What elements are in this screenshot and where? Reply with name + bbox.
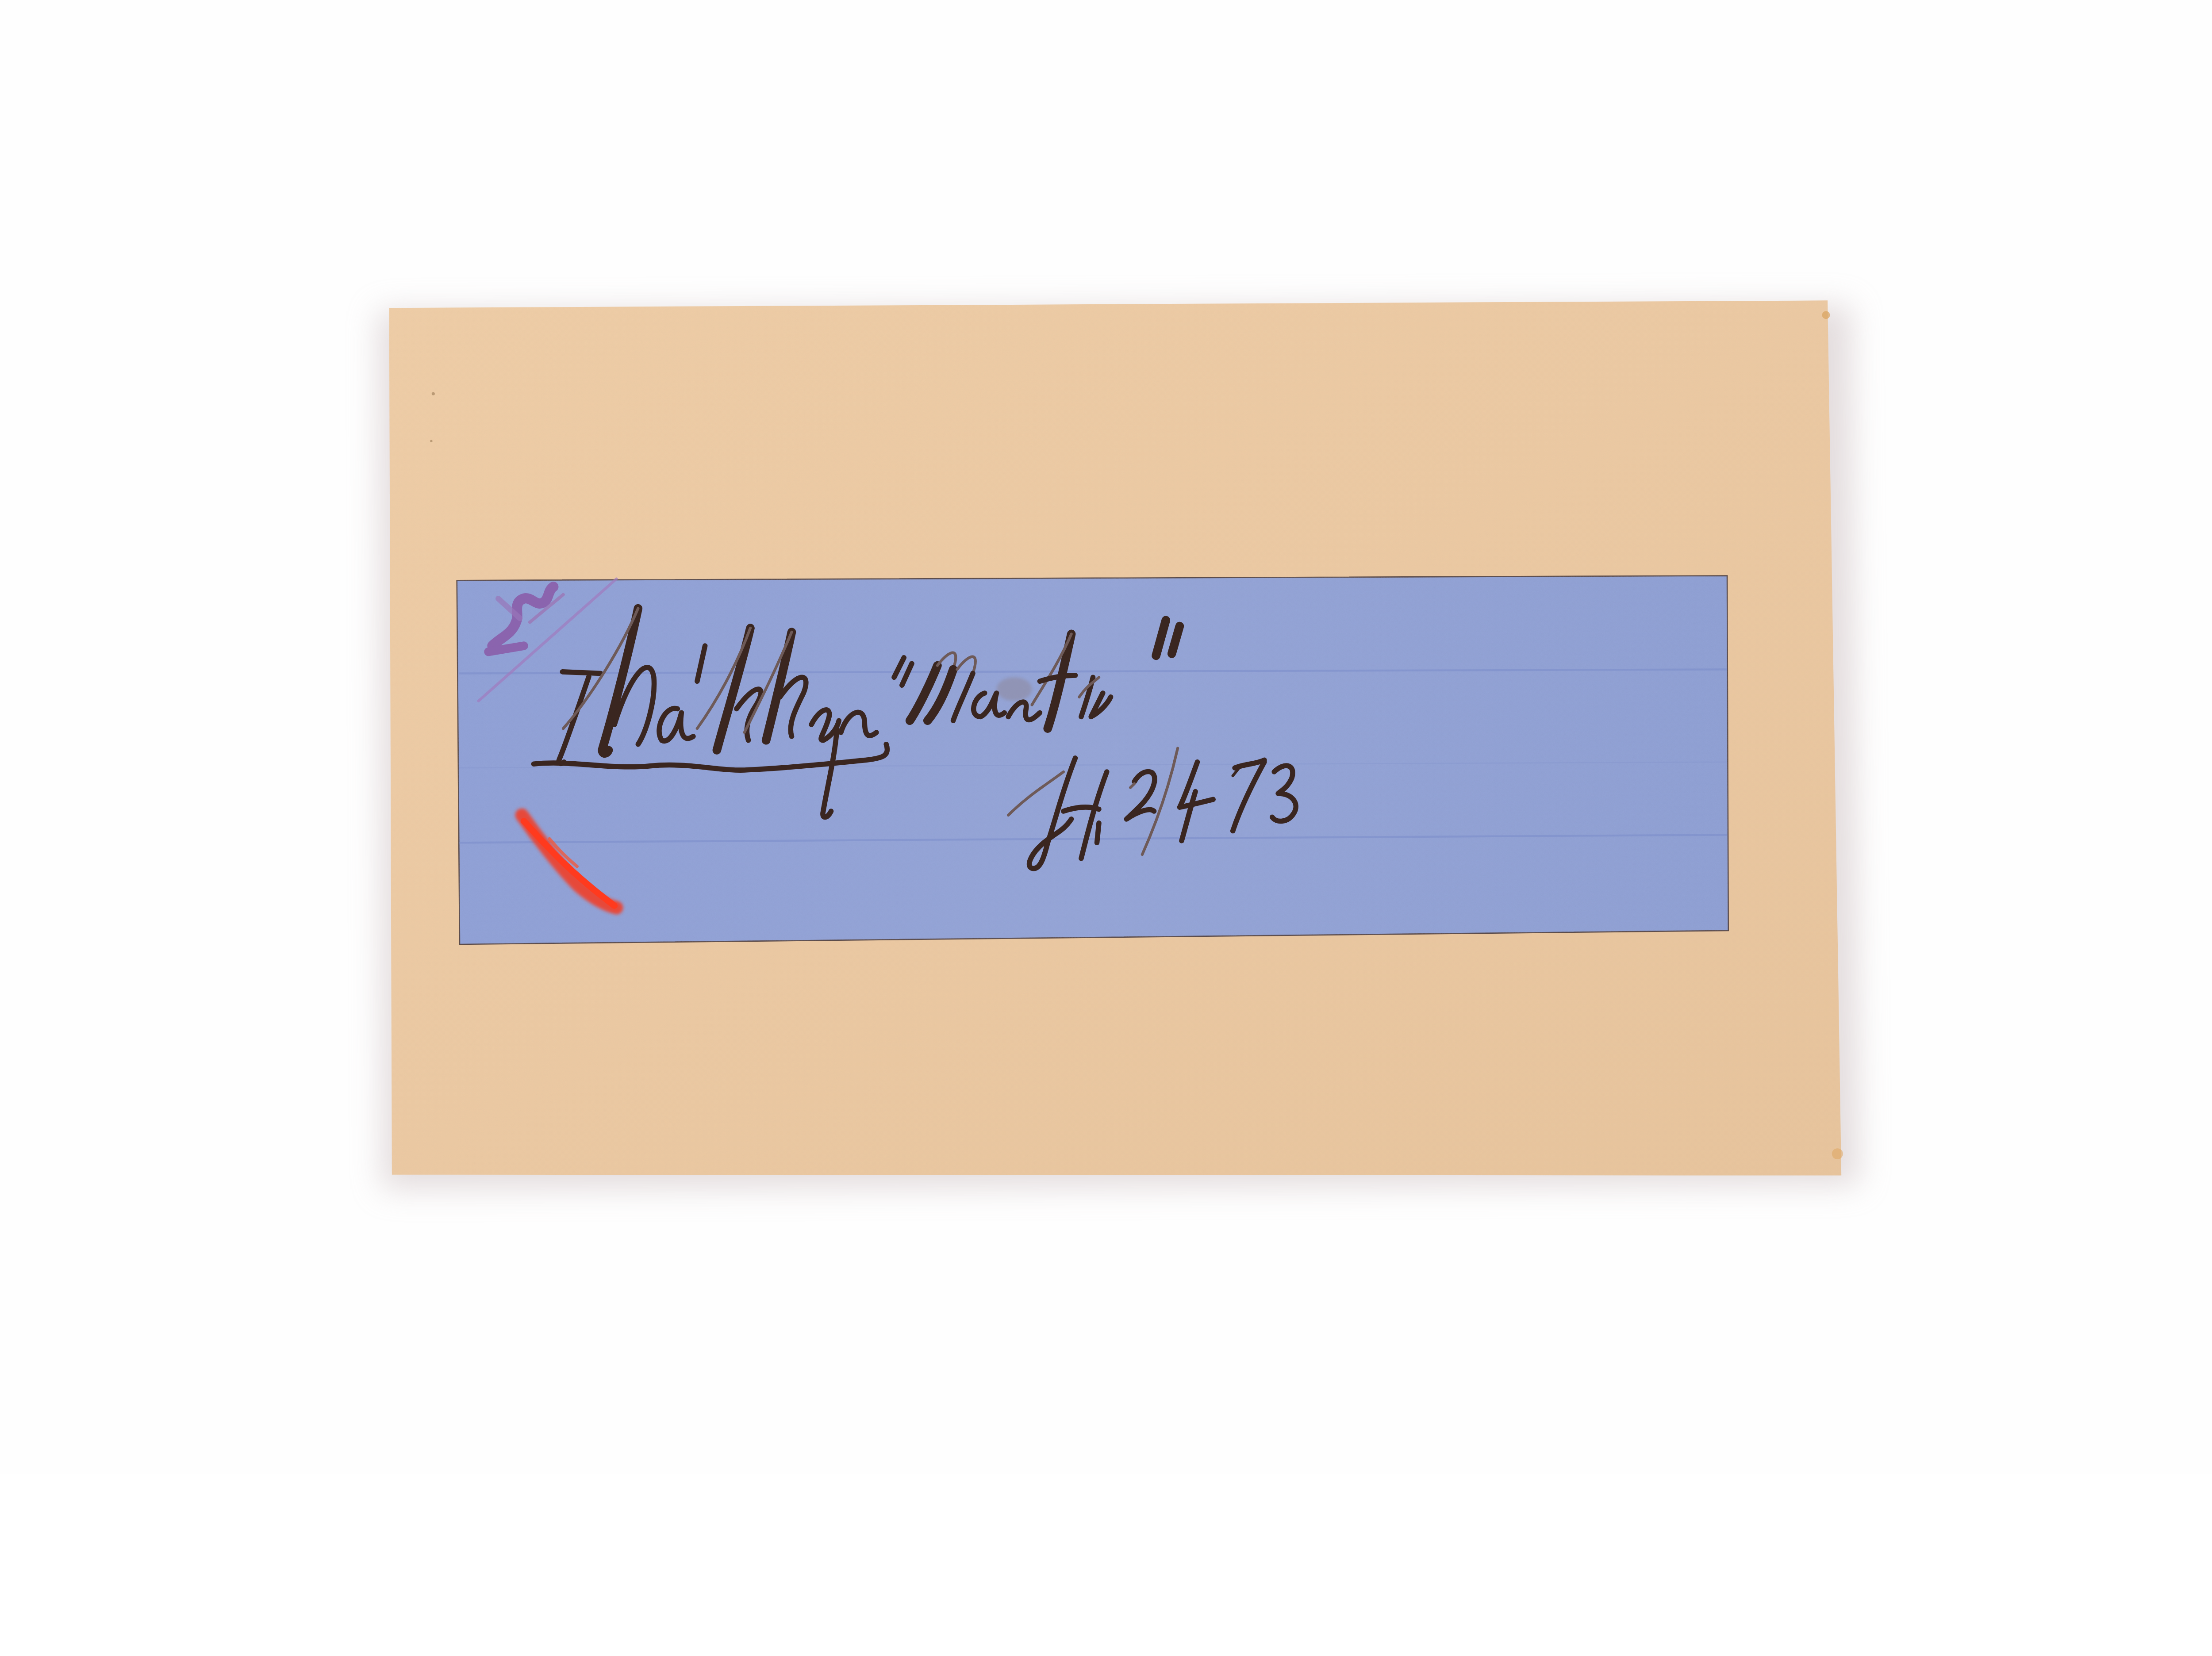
ink-smudge xyxy=(996,677,1032,701)
photo-stage: T Ra'kken "Mantis" St. 2/4 73 xyxy=(0,0,2212,1474)
specimen-label-photo xyxy=(0,0,2212,1474)
label-strip xyxy=(457,576,1728,944)
